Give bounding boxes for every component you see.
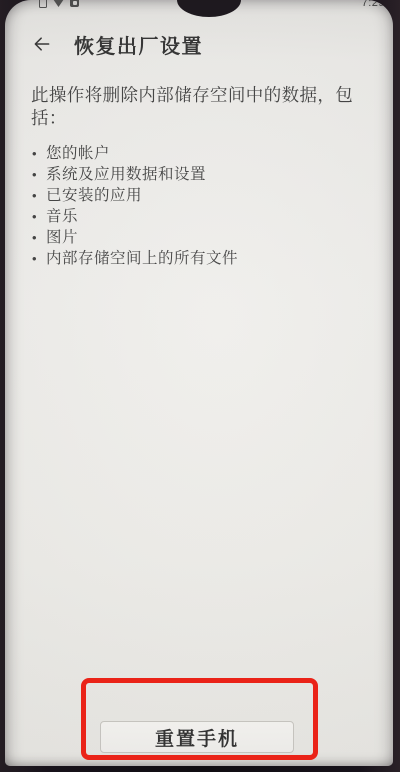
status-icons (39, 0, 79, 8)
list-item: 系统及应用数据和设置 (31, 164, 238, 185)
sim-card-icon (39, 0, 47, 8)
screenshot-icon (70, 0, 79, 7)
reset-phone-button[interactable]: 重置手机 (100, 721, 294, 753)
phone-screen: 7:29 恢复出厂设置 此操作将删除内部储存空间中的数据，包括： 您的帐户 系统… (5, 0, 393, 766)
back-arrow-icon (32, 34, 52, 54)
intro-text: 此操作将删除内部储存空间中的数据，包括： (31, 84, 365, 129)
wifi-icon (53, 0, 64, 7)
nav-bar: 恢复出厂设置 (5, 27, 393, 61)
list-item: 音乐 (31, 206, 238, 227)
list-item: 已安装的应用 (31, 185, 238, 206)
list-item: 内部存储空间上的所有文件 (31, 248, 238, 269)
list-item: 您的帐户 (31, 143, 238, 164)
phone-photo: 7:29 恢复出厂设置 此操作将删除内部储存空间中的数据，包括： 您的帐户 系统… (0, 0, 400, 772)
status-time: 7:29 (362, 0, 385, 9)
back-button[interactable] (31, 33, 53, 55)
delete-items-list: 您的帐户 系统及应用数据和设置 已安装的应用 音乐 图片 内部存储空间上的所有文… (31, 143, 238, 269)
list-item: 图片 (31, 227, 238, 248)
page-title: 恢复出厂设置 (74, 30, 203, 59)
